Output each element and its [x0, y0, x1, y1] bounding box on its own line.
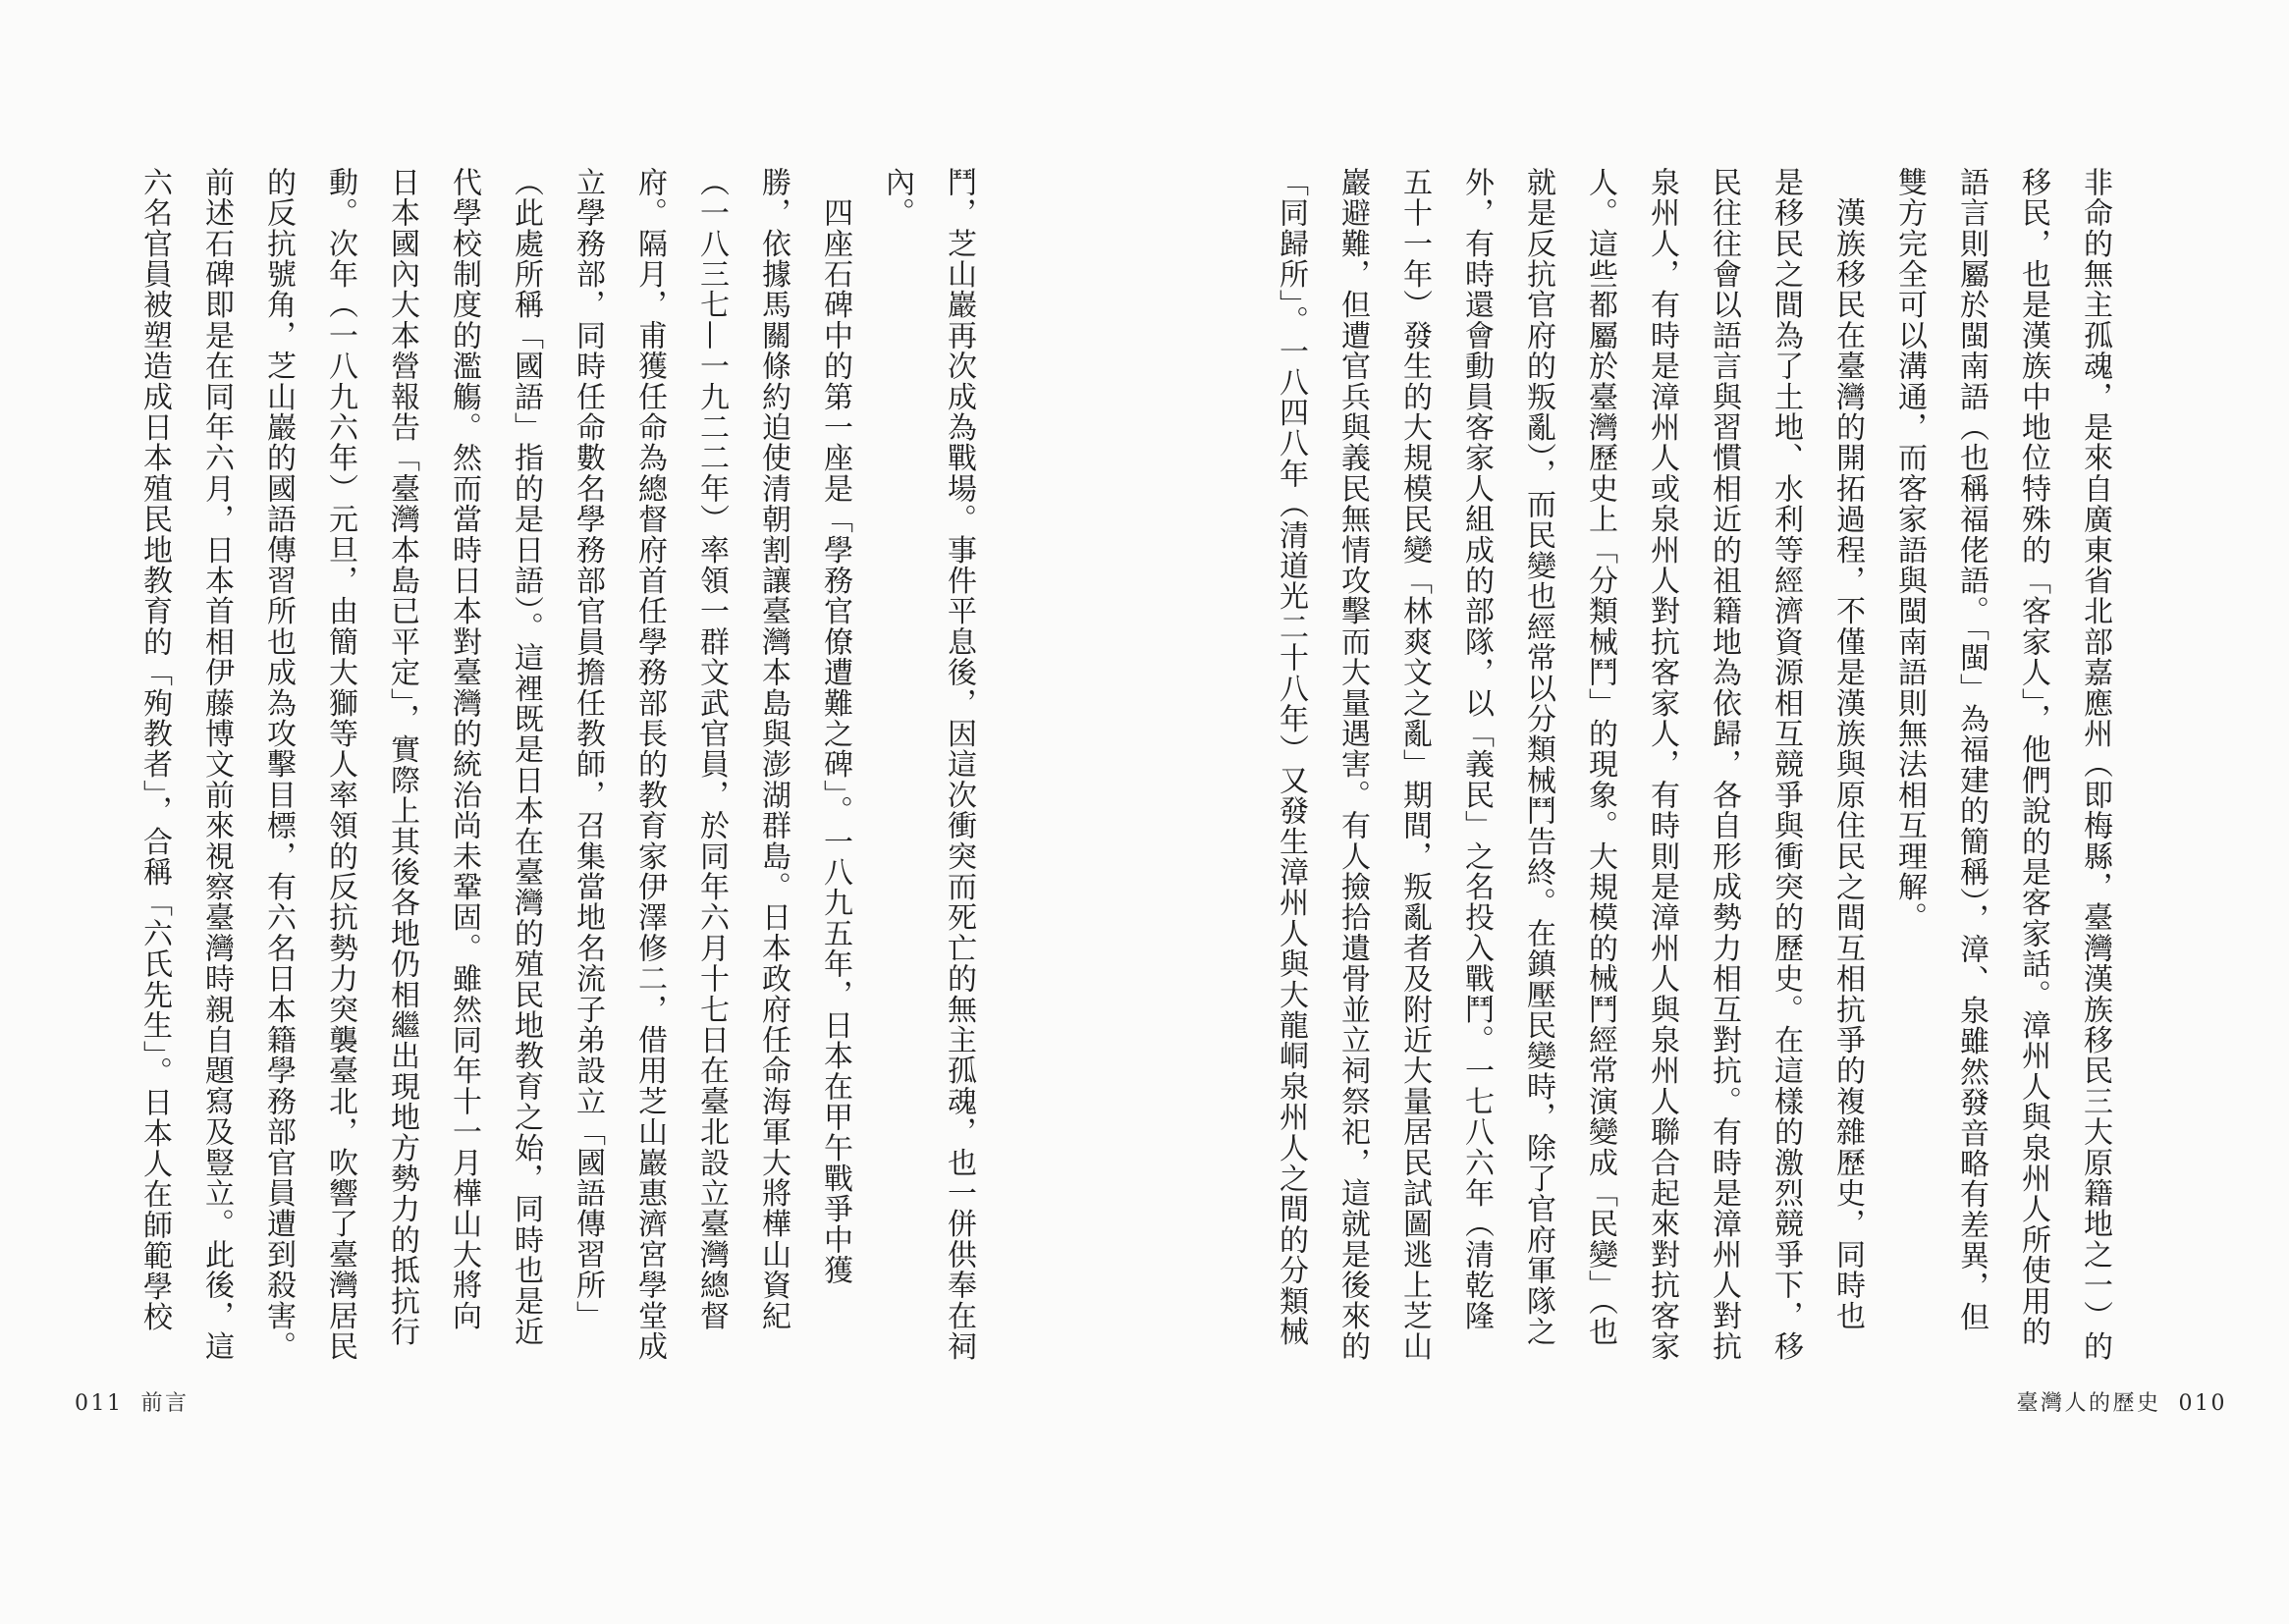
- text-column: 勝，依據馬關條約迫使清朝割讓臺灣本島與澎湖群島。日本政府任命海軍大將樺山資紀: [742, 167, 804, 1380]
- text-column: 就是反抗官府的叛亂），而民變也經常以分類械鬥告終。在鎮壓民變時，除了官府軍隊之: [1507, 167, 1569, 1380]
- text-column: （一八三七—一九二二年）率領一群文武官員，於同年六月十七日在臺北設立臺灣總督: [681, 167, 742, 1380]
- text-column: 語言則屬於閩南語（也稱福佬語。「閩」為福建的簡稱），漳、泉雖然發音略有差異，但: [1940, 167, 2002, 1380]
- text-column: 移民，也是漢族中地位特殊的「客家人」，他們說的是客家話。漳州人與泉州人所使用的: [2002, 167, 2064, 1380]
- chapter-title: 前言: [141, 1391, 190, 1416]
- text-column: 代學校制度的濫觴。然而當時日本對臺灣的統治尚未鞏固。雖然同年十一月樺山大將向: [433, 167, 495, 1380]
- left-page: 鬥，芝山巖再次成為戰場。事件平息後，因這次衝突而死亡的無主孤魂，也一併供奉在祠內…: [0, 0, 1144, 1624]
- text-column: 府。隔月，甫獲任命為總督府首任學務部長的教育家伊澤修二，借用芝山巖惠濟宮學堂成: [619, 167, 681, 1380]
- page-number-right: 010: [2179, 1391, 2228, 1416]
- text-column: 泉州人，有時是漳州人或泉州人對抗客家人，有時則是漳州人與泉州人聯合起來對抗客家: [1631, 167, 1693, 1380]
- book-spread-scan: { "colors": { "background": "#fbfbfa", "…: [0, 0, 2289, 1624]
- left-page-text-block: 鬥，芝山巖再次成為戰場。事件平息後，因這次衝突而死亡的無主孤魂，也一併供奉在祠內…: [124, 167, 990, 1380]
- right-page: 非命的無主孤魂，是來自廣東省北部嘉應州（即梅縣，臺灣漢族移民三大原籍地之一）的移…: [1145, 0, 2289, 1624]
- text-column: 是移民之間為了土地、水利等經濟資源相互競爭與衝突的歷史。在這樣的激烈競爭下，移: [1755, 167, 1817, 1380]
- text-column: 前述石碑即是在同年六月，日本首相伊藤博文前來視察臺灣時親自題寫及豎立。此後，這: [186, 167, 247, 1380]
- right-page-text-block: 非命的無主孤魂，是來自廣東省北部嘉應州（即梅縣，臺灣漢族移民三大原籍地之一）的移…: [1260, 167, 2126, 1380]
- page-number-left: 011: [75, 1391, 124, 1416]
- text-column: 「同歸所」。一八四八年（清道光二十八年）又發生漳州人與大龍峒泉州人之間的分類械: [1260, 167, 1322, 1380]
- text-column: 日本國內大本營報告「臺灣本島已平定」，實際上其後各地仍相繼出現地方勢力的抵抗行: [371, 167, 433, 1380]
- right-page-footer: 臺灣人的歷史010: [2016, 1386, 2227, 1417]
- left-page-footer: 011前言: [75, 1386, 190, 1417]
- text-column: 人。這些都屬於臺灣歷史上「分類械鬥」的現象。大規模的械鬥經常演變成「民變」（也: [1569, 167, 1631, 1380]
- text-column: （此處所稱「國語」指的是日語）。這裡既是日本在臺灣的殖民地教育之始，同時也是近: [495, 167, 557, 1380]
- book-title: 臺灣人的歷史: [2016, 1391, 2160, 1416]
- text-column: 漢族移民在臺灣的開拓過程，不僅是漢族與原住民之間互相抗爭的複雜歷史，同時也: [1817, 167, 1879, 1380]
- text-column: 內。: [866, 167, 928, 1380]
- text-column: 動。次年（一八九六年）元旦，由簡大獅等人率領的反抗勢力突襲臺北，吹響了臺灣居民: [309, 167, 371, 1380]
- text-column: 五十一年）發生的大規模民變「林爽文之亂」期間，叛亂者及附近大量居民試圖逃上芝山: [1384, 167, 1445, 1380]
- text-column: 民往往會以語言與習慣相近的祖籍地為依歸，各自形成勢力相互對抗。有時是漳州人對抗: [1693, 167, 1755, 1380]
- text-column: 六名官員被塑造成日本殖民地教育的「殉教者」，合稱「六氏先生」。日本人在師範學校: [124, 167, 186, 1380]
- text-column: 非命的無主孤魂，是來自廣東省北部嘉應州（即梅縣，臺灣漢族移民三大原籍地之一）的: [2064, 167, 2126, 1380]
- text-column: 外，有時還會動員客家人組成的部隊，以「義民」之名投入戰鬥。一七八六年（清乾隆: [1445, 167, 1507, 1380]
- text-column: 立學務部，同時任命數名學務部官員擔任教師，召集當地名流子弟設立「國語傳習所」: [557, 167, 619, 1380]
- text-column: 鬥，芝山巖再次成為戰場。事件平息後，因這次衝突而死亡的無主孤魂，也一併供奉在祠: [928, 167, 990, 1380]
- text-column: 雙方完全可以溝通，而客家語與閩南語則無法相互理解。: [1879, 167, 1940, 1380]
- text-column: 四座石碑中的第一座是「學務官僚遭難之碑」。一八九五年，日本在甲午戰爭中獲: [804, 167, 866, 1380]
- text-column: 巖避難，但遭官兵與義民無情攻擊而大量遇害。有人撿拾遺骨並立祠祭祀，這就是後來的: [1322, 167, 1384, 1380]
- text-column: 的反抗號角，芝山巖的國語傳習所也成為攻擊目標，有六名日本籍學務部官員遭到殺害。: [247, 167, 309, 1380]
